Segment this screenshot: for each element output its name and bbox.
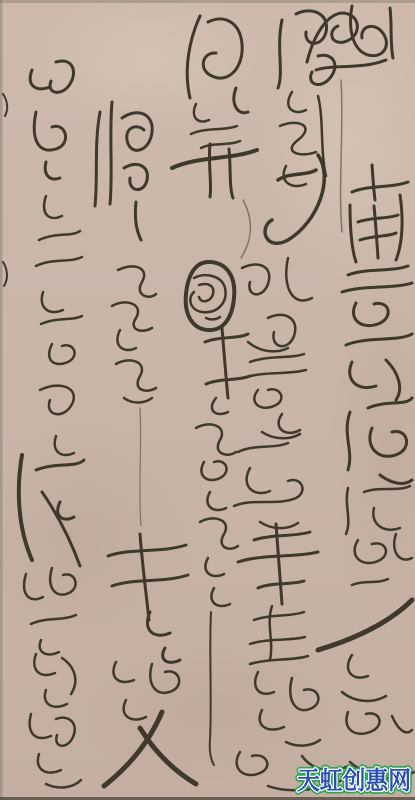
- calligraphy-page: 天虹创惠网 天虹创惠网 天虹创惠网: [0, 0, 415, 800]
- site-watermark: 天虹创惠网 天虹创惠网 天虹创惠网: [297, 766, 411, 795]
- watermark-text: 天虹创惠网: [297, 766, 411, 795]
- calligraphy-artwork: 天虹创惠网 天虹创惠网 天虹创惠网: [0, 0, 415, 800]
- left-edge-shadow: [0, 0, 3, 800]
- top-edge-shadow: [0, 0, 415, 3]
